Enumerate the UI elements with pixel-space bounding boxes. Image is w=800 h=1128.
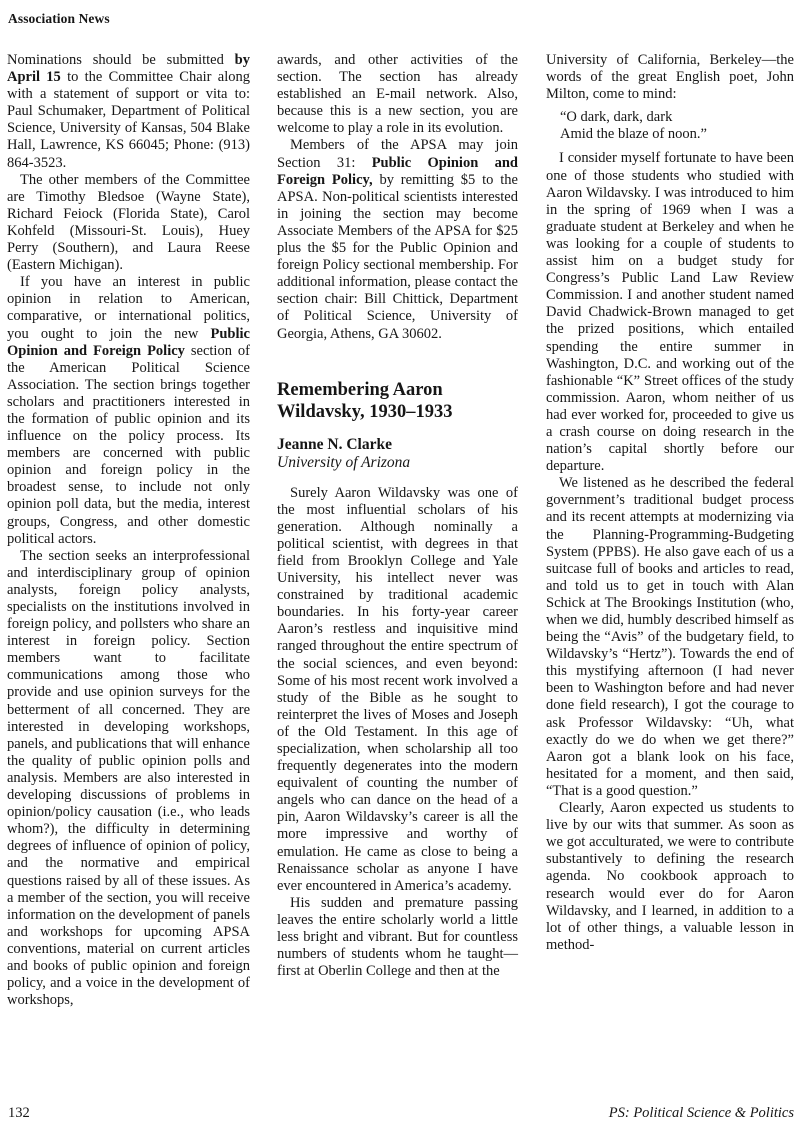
journal-title: PS: Political Science & Politics <box>609 1105 794 1122</box>
paragraph: University of California, Berkeley—the w… <box>546 52 794 103</box>
paragraph: Members of the APSA may join Section 31:… <box>277 137 518 342</box>
column-middle: awards, and other activities of the sect… <box>277 52 518 980</box>
paragraph: His sudden and premature passing leaves … <box>277 895 518 980</box>
paragraph: We listened as he described the federal … <box>546 475 794 800</box>
journal-page: Association News Nominations should be s… <box>0 0 800 1128</box>
paragraph: If you have an interest in public opinio… <box>7 274 250 548</box>
paragraph: awards, and other activities of the sect… <box>277 52 518 137</box>
column-left: Nominations should be submitted by April… <box>7 52 250 1009</box>
paragraph: Surely Aaron Wildavsky was one of the mo… <box>277 485 518 895</box>
paragraph: The section seeks an interprofessional a… <box>7 548 250 1010</box>
page-footer: 132 PS: Political Science & Politics <box>8 1105 794 1122</box>
page-number: 132 <box>8 1105 30 1122</box>
poem-quote: “O dark, dark, darkAmid the blaze of noo… <box>560 109 794 143</box>
paragraph: The other members of the Committee are T… <box>7 172 250 275</box>
author-name: Jeanne N. Clarke <box>277 436 518 454</box>
paragraph: Nominations should be submitted by April… <box>7 52 250 172</box>
article-title: Remembering Aaron Wildavsky, 1930–1933 <box>277 379 518 423</box>
column-right: University of California, Berkeley—the w… <box>546 52 794 954</box>
paragraph: I consider myself fortunate to have been… <box>546 150 794 475</box>
author-affiliation: University of Arizona <box>277 454 518 472</box>
running-head: Association News <box>8 11 110 27</box>
paragraph: Clearly, Aaron expected us students to l… <box>546 800 794 954</box>
